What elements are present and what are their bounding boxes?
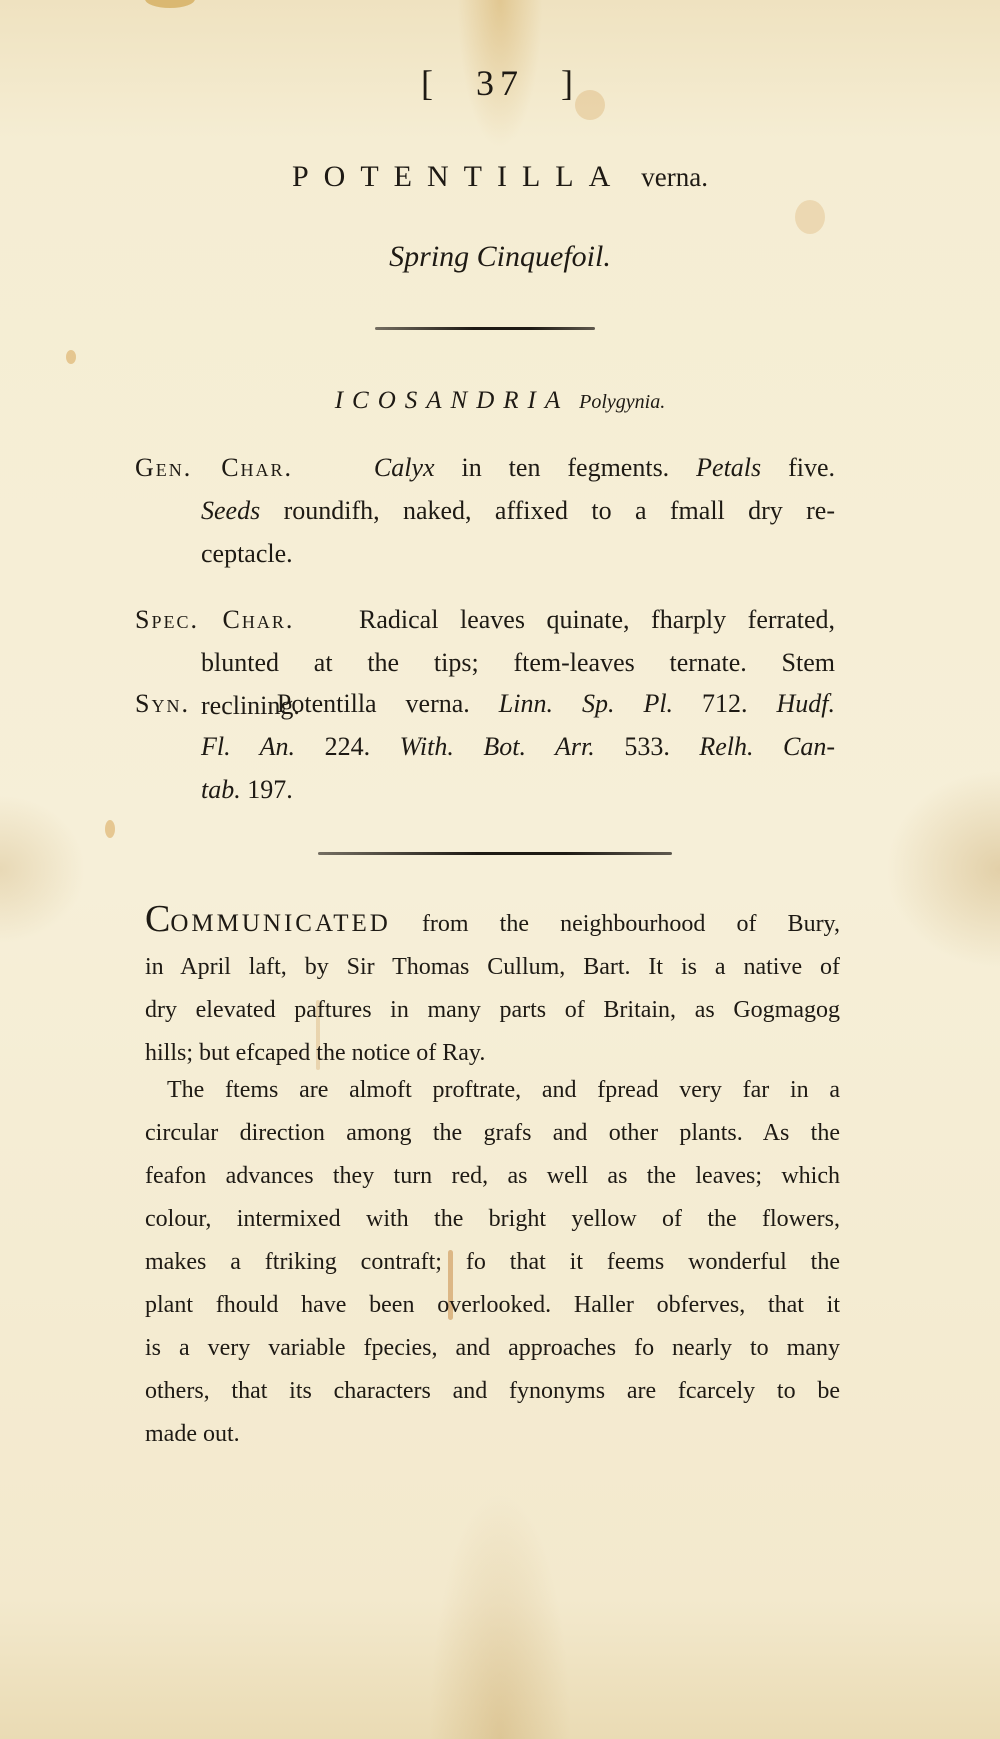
gen-char-term: Seeds	[201, 496, 260, 525]
body-line: plant fhould have been overlooked. Halle…	[145, 1284, 840, 1327]
synonym-page: 533.	[624, 732, 670, 761]
small-caps-lead: OMMUNICATED	[170, 910, 391, 937]
spec-char-line: blunted at the tips; ftem-leaves ternate…	[135, 641, 835, 684]
synonym-line: Fl. An. 224. With. Bot. Arr. 533. Relh. …	[135, 725, 835, 768]
gen-char-line: ceptacle.	[135, 532, 835, 575]
gen-char-line: Gen. Char. Calyx in ten fegments. Petals…	[135, 446, 835, 489]
synonym-reference: Relh. Can-	[699, 732, 835, 761]
page-number-value: 37	[476, 63, 524, 103]
divider-rule	[318, 852, 672, 855]
body-line: COMMUNICATED from the neighbourhood of B…	[145, 898, 840, 946]
page-number: [ 37 ]	[0, 62, 1000, 104]
page-number-open-bracket: [	[421, 63, 439, 103]
synonym-reference: With. Bot. Arr.	[400, 732, 595, 761]
page-title: POTENTILLAverna.	[0, 160, 1000, 194]
synonym-reference: Hudf.	[777, 689, 836, 718]
gen-char-term: Calyx	[374, 453, 435, 482]
body-line: colour, intermixed with the bright yello…	[145, 1198, 840, 1241]
foxing-stain	[66, 350, 76, 364]
drop-cap: C	[145, 898, 170, 940]
body-line: feafon advances they turn red, as well a…	[145, 1155, 840, 1198]
synonym-reference: Linn. Sp. Pl.	[499, 689, 673, 718]
body-line: dry elevated paftures in many parts of B…	[145, 989, 840, 1032]
synonym-label: Syn.	[135, 689, 190, 718]
synonym-line: Syn. Potentilla verna. Linn. Sp. Pl. 712…	[135, 682, 835, 725]
body-line: is a very variable fpecies, and approach…	[145, 1327, 840, 1370]
body-paragraph: The ftems are almoft proftrate, and fpre…	[145, 1069, 840, 1456]
synonyms: Syn. Potentilla verna. Linn. Sp. Pl. 712…	[135, 682, 835, 811]
spec-char-label: Spec. Char.	[135, 605, 294, 634]
divider-rule	[375, 327, 595, 330]
gen-char-term: Petals	[696, 453, 761, 482]
title-genus: POTENTILLA	[292, 160, 625, 193]
gen-char-text: five.	[761, 453, 835, 482]
body-text: from the neighbourhood of Bury,	[391, 911, 840, 937]
spec-char-text: Radical leaves quinate, fharply ferrated…	[359, 605, 835, 634]
generic-character: Gen. Char. Calyx in ten fegments. Petals…	[135, 446, 835, 575]
classification-order: Polygynia.	[579, 391, 665, 413]
synonym-reference: Fl. An.	[201, 732, 295, 761]
body-line: makes a ftriking contraft; fo that it fe…	[145, 1241, 840, 1284]
gen-char-text: ceptacle.	[201, 539, 293, 568]
body-line: circular direction among the grafs and o…	[145, 1112, 840, 1155]
synonym-name: Potentilla verna.	[277, 689, 470, 718]
gen-char-text: in ten fegments.	[435, 453, 697, 482]
linnaean-classification: ICOSANDRIAPolygynia.	[0, 387, 1000, 415]
synonym-page: 224.	[325, 732, 371, 761]
synonym-reference: tab.	[201, 775, 241, 804]
gen-char-label: Gen. Char.	[135, 453, 293, 482]
spec-char-line: Spec. Char. Radical leaves quinate, fhar…	[135, 598, 835, 641]
foxing-stain	[145, 0, 195, 8]
classification-class: ICOSANDRIA	[335, 387, 569, 414]
common-name: Spring Cinquefoil.	[0, 240, 1000, 274]
foxing-stain	[795, 200, 825, 234]
body-paragraph: COMMUNICATED from the neighbourhood of B…	[145, 898, 840, 1075]
foxing-stain	[105, 820, 115, 838]
body-line: others, that its characters and fynonyms…	[145, 1370, 840, 1413]
body-line: The ftems are almoft proftrate, and fpre…	[145, 1069, 840, 1112]
synonym-page: 197.	[247, 775, 293, 804]
page-number-close-bracket: ]	[561, 63, 579, 103]
body-line: in April laft, by Sir Thomas Cullum, Bar…	[145, 946, 840, 989]
body-line: made out.	[145, 1413, 840, 1456]
synonym-line: tab. 197.	[135, 768, 835, 811]
gen-char-text: roundifh, naked, affixed to a fmall dry …	[260, 496, 835, 525]
title-species: verna.	[641, 162, 708, 192]
gen-char-line: Seeds roundifh, naked, affixed to a fmal…	[135, 489, 835, 532]
synonym-page: 712.	[702, 689, 748, 718]
